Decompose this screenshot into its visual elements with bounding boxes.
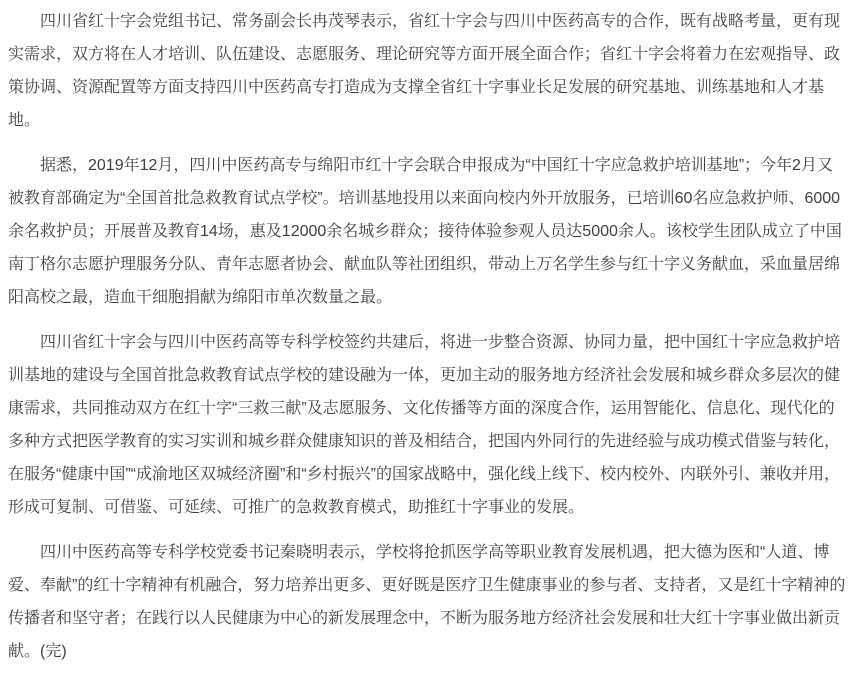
article-paragraph-1: 四川省红十字会党组书记、常务副会长冉茂琴表示，省红十字会与四川中医药高专的合作，… xyxy=(8,5,848,137)
article-page: 四川省红十字会党组书记、常务副会长冉茂琴表示，省红十字会与四川中医药高专的合作，… xyxy=(0,0,856,691)
article-paragraph-2: 据悉，2019年12月，四川中医药高专与绵阳市红十字会联合申报成为“中国红十字应… xyxy=(8,149,848,314)
article-paragraph-3: 四川省红十字会与四川中医药高等专科学校签约共建后，将进一步整合资源、协同力量，把… xyxy=(8,326,848,524)
article-body: 四川省红十字会党组书记、常务副会长冉茂琴表示，省红十字会与四川中医药高专的合作，… xyxy=(8,5,848,668)
article-paragraph-4: 四川中医药高等专科学校党委书记秦晓明表示，学校将抢抓医学高等职业教育发展机遇，把… xyxy=(8,536,848,668)
